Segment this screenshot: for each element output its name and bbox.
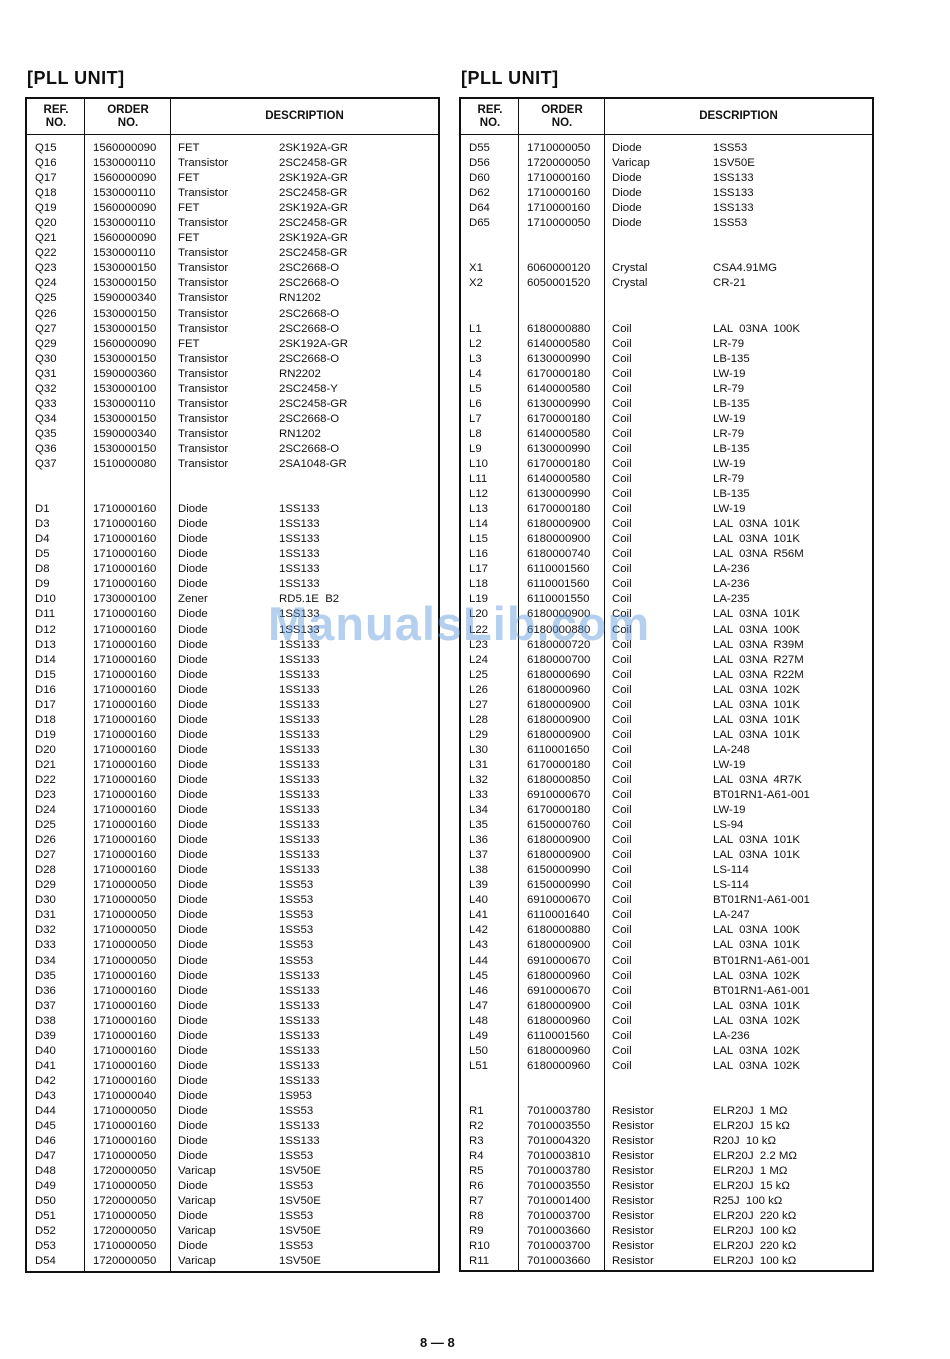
- order-no: 1710000050: [93, 893, 156, 908]
- part-type: Coil: [612, 472, 632, 487]
- order-no: 6130000990: [527, 442, 590, 457]
- order-no: 6180000900: [527, 713, 590, 728]
- table-row: R97010003660ResistorELR20J 100 kΩ: [461, 1224, 872, 1239]
- ref-no: D55: [469, 141, 490, 156]
- table-row: Q321530000100Transistor2SC2458-Y: [27, 382, 438, 397]
- order-no: 6180000960: [527, 969, 590, 984]
- order-no: 1530000110: [93, 156, 156, 171]
- table-row: D531710000050Diode1SS53: [27, 1239, 438, 1254]
- order-no: 6910000670: [527, 893, 590, 908]
- table-row: D171710000160Diode1SS133: [27, 698, 438, 713]
- table-row: R17010003780ResistorELR20J 1 MΩ: [461, 1104, 872, 1119]
- table-row: D341710000050Diode1SS53: [27, 954, 438, 969]
- part-number: 1SS53: [279, 923, 313, 938]
- ref-no: L33: [469, 788, 488, 803]
- part-number: 2SK192A-GR: [279, 141, 348, 156]
- ref-no: D50: [35, 1194, 56, 1209]
- order-no: 6150000760: [527, 818, 590, 833]
- part-type: Crystal: [612, 261, 647, 276]
- part-type: Coil: [612, 532, 632, 547]
- table-row: L36130000990CoilLB-135: [461, 352, 872, 367]
- part-number: 2SC2458-GR: [279, 186, 347, 201]
- order-no: 1710000040: [93, 1089, 156, 1104]
- ref-no: L9: [469, 442, 482, 457]
- part-type: Diode: [178, 1089, 208, 1104]
- part-type: FET: [178, 201, 200, 216]
- part-type: Coil: [612, 412, 632, 427]
- header-ref-no: REF. NO.: [27, 99, 85, 134]
- part-type: Coil: [612, 668, 632, 683]
- part-number: BT01RN1-A61-001: [713, 788, 810, 803]
- ref-no: L20: [469, 607, 488, 622]
- table-row: D371710000160Diode1SS133: [27, 999, 438, 1014]
- order-no: 6130000990: [527, 397, 590, 412]
- part-type: Coil: [612, 592, 632, 607]
- header-description-text: DESCRIPTION: [699, 110, 778, 123]
- table-row: [461, 1074, 872, 1089]
- part-number: 1SS133: [279, 1044, 320, 1059]
- order-no: 6180000900: [527, 532, 590, 547]
- part-type: Diode: [178, 878, 208, 893]
- ref-no: D26: [35, 833, 56, 848]
- order-no: 6130000990: [527, 352, 590, 367]
- part-number: 1SS133: [279, 577, 320, 592]
- order-no: 6170000180: [527, 457, 590, 472]
- part-type: Crystal: [612, 276, 647, 291]
- ref-no: D36: [35, 984, 56, 999]
- table-row: R67010003550ResistorELR20J 15 kΩ: [461, 1179, 872, 1194]
- left-section-title: [PLL UNIT]: [27, 68, 125, 89]
- order-no: 1720000050: [93, 1224, 156, 1239]
- part-number: 1SS133: [279, 547, 320, 562]
- part-type: Diode: [612, 201, 642, 216]
- part-type: Coil: [612, 1014, 632, 1029]
- part-type: Coil: [612, 397, 632, 412]
- part-number: 2SC2668-O: [279, 442, 339, 457]
- ref-no: D18: [35, 713, 56, 728]
- ref-no: L23: [469, 638, 488, 653]
- part-number: 1SS53: [713, 141, 747, 156]
- part-type: Coil: [612, 923, 632, 938]
- ref-no: R3: [469, 1134, 484, 1149]
- order-no: 1710000050: [93, 1104, 156, 1119]
- part-type: Transistor: [178, 186, 228, 201]
- part-type: Diode: [178, 1149, 208, 1164]
- part-number: 1SS133: [279, 698, 320, 713]
- part-number: 1SS133: [279, 562, 320, 577]
- ref-no: Q23: [35, 261, 57, 276]
- part-number: BT01RN1-A61-001: [713, 984, 810, 999]
- part-type: Diode: [178, 547, 208, 562]
- part-number: 2SC2668-O: [279, 261, 339, 276]
- table-row: D41710000160Diode1SS133: [27, 532, 438, 547]
- part-number: LAL 03NA 100K: [713, 923, 800, 938]
- ref-no: D14: [35, 653, 56, 668]
- table-row: Q311590000360TransistorRN2202: [27, 367, 438, 382]
- order-no: 1710000050: [93, 1149, 156, 1164]
- header-ref-line1: REF.: [44, 104, 69, 117]
- part-number: LAL 03NA 102K: [713, 1014, 800, 1029]
- part-type: Resistor: [612, 1149, 654, 1164]
- ref-no: L43: [469, 938, 488, 953]
- order-no: 1530000110: [93, 186, 156, 201]
- ref-no: D45: [35, 1119, 56, 1134]
- table-row: Q151560000090FET2SK192A-GR: [27, 141, 438, 156]
- part-type: Coil: [612, 969, 632, 984]
- part-type: Diode: [178, 653, 208, 668]
- ref-no: R1: [469, 1104, 484, 1119]
- ref-no: Q26: [35, 307, 57, 322]
- ref-no: L34: [469, 803, 488, 818]
- part-type: Resistor: [612, 1164, 654, 1179]
- part-number: BT01RN1-A61-001: [713, 893, 810, 908]
- table-row: D271710000160Diode1SS133: [27, 848, 438, 863]
- part-number: 1SS133: [713, 201, 754, 216]
- order-no: 1710000160: [93, 818, 156, 833]
- ref-no: L41: [469, 908, 488, 923]
- ref-no: D15: [35, 668, 56, 683]
- table-row: L226180000880CoilLAL 03NA 100K: [461, 623, 872, 638]
- ref-no: D62: [469, 186, 490, 201]
- part-number: 1SS133: [279, 788, 320, 803]
- order-no: 1530000150: [93, 307, 156, 322]
- table-row: X16060000120CrystalCSA4.91MG: [461, 261, 872, 276]
- part-type: Coil: [612, 788, 632, 803]
- header-description: DESCRIPTION: [605, 99, 872, 134]
- part-type: Diode: [178, 698, 208, 713]
- ref-no: L8: [469, 427, 482, 442]
- part-type: Coil: [612, 457, 632, 472]
- ref-no: D40: [35, 1044, 56, 1059]
- ref-no: L29: [469, 728, 488, 743]
- part-type: Diode: [178, 999, 208, 1014]
- part-type: Resistor: [612, 1104, 654, 1119]
- part-type: FET: [178, 231, 200, 246]
- order-no: 6180000880: [527, 623, 590, 638]
- table-row: L356150000760CoilLS-94: [461, 818, 872, 833]
- table-row: L126130000990CoilLB-135: [461, 487, 872, 502]
- ref-no: L51: [469, 1059, 488, 1074]
- part-number: 1SS133: [279, 713, 320, 728]
- ref-no: D47: [35, 1149, 56, 1164]
- ref-no: D51: [35, 1209, 56, 1224]
- order-no: 6150000990: [527, 878, 590, 893]
- part-number: LR-79: [713, 337, 744, 352]
- ref-no: Q20: [35, 216, 57, 231]
- ref-no: D24: [35, 803, 56, 818]
- order-no: 7010001400: [527, 1194, 590, 1209]
- order-no: 6110001560: [527, 577, 590, 592]
- part-number: 1SS53: [713, 216, 747, 231]
- order-no: 6180000850: [527, 773, 590, 788]
- header-order-line1: ORDER: [107, 104, 149, 117]
- table-row: Q231530000150Transistor2SC2668-O: [27, 261, 438, 276]
- table-header: REF. NO. ORDER NO. DESCRIPTION: [27, 99, 438, 135]
- part-number: 1SS133: [279, 803, 320, 818]
- order-no: 1530000110: [93, 397, 156, 412]
- order-no: 6180000880: [527, 322, 590, 337]
- order-no: 7010003660: [527, 1224, 590, 1239]
- order-no: 1530000150: [93, 352, 156, 367]
- part-number: 1SV50E: [279, 1254, 321, 1269]
- part-type: Resistor: [612, 1239, 654, 1254]
- ref-no: L31: [469, 758, 488, 773]
- part-type: Coil: [612, 728, 632, 743]
- ref-no: R6: [469, 1179, 484, 1194]
- ref-no: D3: [35, 517, 50, 532]
- part-number: LAL 03NA 100K: [713, 623, 800, 638]
- part-type: Diode: [178, 562, 208, 577]
- table-row: D111710000160Diode1SS133: [27, 607, 438, 622]
- order-no: 1710000160: [527, 171, 590, 186]
- part-number: 2SC2458-GR: [279, 397, 347, 412]
- part-number: LAL 03NA R56M: [713, 547, 804, 562]
- ref-no: R10: [469, 1239, 490, 1254]
- part-type: Transistor: [178, 276, 228, 291]
- table-row: X26050001520CrystalCR-21: [461, 276, 872, 291]
- part-type: Diode: [178, 1029, 208, 1044]
- ref-no: L49: [469, 1029, 488, 1044]
- table-row: Q301530000150Transistor2SC2668-O: [27, 352, 438, 367]
- part-number: 1SS133: [279, 638, 320, 653]
- part-type: Diode: [178, 713, 208, 728]
- order-no: 1710000160: [93, 502, 156, 517]
- part-number: LAL 03NA 101K: [713, 848, 800, 863]
- part-type: Coil: [612, 517, 632, 532]
- part-type: Transistor: [178, 427, 228, 442]
- ref-no: L17: [469, 562, 488, 577]
- order-no: 1730000100: [93, 592, 156, 607]
- order-no: 6180000900: [527, 848, 590, 863]
- part-type: Diode: [178, 758, 208, 773]
- part-number: 1SS133: [279, 1119, 320, 1134]
- part-type: Diode: [178, 668, 208, 683]
- order-no: 1710000160: [93, 969, 156, 984]
- header-ref-line1: REF.: [478, 104, 503, 117]
- part-type: Diode: [178, 607, 208, 622]
- ref-no: L26: [469, 683, 488, 698]
- part-type: Varicap: [612, 156, 650, 171]
- part-type: Transistor: [178, 367, 228, 382]
- part-number: 1SS133: [279, 683, 320, 698]
- table-row: L346170000180CoilLW-19: [461, 803, 872, 818]
- order-no: 1560000090: [93, 171, 156, 186]
- part-type: Coil: [612, 938, 632, 953]
- ref-no: Q17: [35, 171, 57, 186]
- part-number: RN2202: [279, 367, 321, 382]
- part-number: 1SS133: [279, 863, 320, 878]
- ref-no: D11: [35, 607, 55, 622]
- ref-no: L7: [469, 412, 482, 427]
- header-ref-line2: NO.: [46, 117, 66, 130]
- part-type: Diode: [178, 517, 208, 532]
- ref-no: L6: [469, 397, 482, 412]
- order-no: 1710000050: [527, 141, 590, 156]
- part-number: R20J 10 kΩ: [713, 1134, 776, 1149]
- part-number: LAL 03NA 101K: [713, 938, 800, 953]
- order-no: 7010003700: [527, 1239, 590, 1254]
- part-type: Coil: [612, 999, 632, 1014]
- ref-no: Q34: [35, 412, 57, 427]
- order-no: 7010003550: [527, 1119, 590, 1134]
- part-number: 1SS133: [279, 758, 320, 773]
- part-number: LS-114: [713, 863, 749, 878]
- table-row: D261710000160Diode1SS133: [27, 833, 438, 848]
- table-row: D381710000160Diode1SS133: [27, 1014, 438, 1029]
- left-parts-table: REF. NO. ORDER NO. DESCRIPTION Q15156000…: [25, 97, 440, 1273]
- table-row: [461, 246, 872, 261]
- table-row: Q171560000090FET2SK192A-GR: [27, 171, 438, 186]
- table-row: L406910000670CoilBT01RN1-A61-001: [461, 893, 872, 908]
- part-type: Coil: [612, 1059, 632, 1074]
- ref-no: D21: [35, 758, 56, 773]
- part-number: LW-19: [713, 412, 746, 427]
- ref-no: D37: [35, 999, 56, 1014]
- part-type: Transistor: [178, 216, 228, 231]
- table-row: L326180000850CoilLAL 03NA 4R7K: [461, 773, 872, 788]
- table-row: D121710000160Diode1SS133: [27, 623, 438, 638]
- ref-no: D65: [469, 216, 490, 231]
- table-row: R37010004320ResistorR20J 10 kΩ: [461, 1134, 872, 1149]
- ref-no: L40: [469, 893, 488, 908]
- ref-no: X2: [469, 276, 483, 291]
- table-row: D241710000160Diode1SS133: [27, 803, 438, 818]
- table-row: Q341530000150Transistor2SC2668-O: [27, 412, 438, 427]
- order-no: 1710000160: [93, 1119, 156, 1134]
- order-no: 6110001640: [527, 908, 590, 923]
- ref-no: D4: [35, 532, 50, 547]
- part-type: Varicap: [178, 1224, 216, 1239]
- part-type: FET: [178, 141, 200, 156]
- table-row: D151710000160Diode1SS133: [27, 668, 438, 683]
- part-type: Transistor: [178, 307, 228, 322]
- table-row: D461710000160Diode1SS133: [27, 1134, 438, 1149]
- part-number: LS-94: [713, 818, 743, 833]
- part-type: Coil: [612, 713, 632, 728]
- ref-no: D60: [469, 171, 490, 186]
- part-type: FET: [178, 337, 200, 352]
- part-type: Coil: [612, 1029, 632, 1044]
- order-no: 1710000050: [93, 878, 156, 893]
- order-no: 1530000150: [93, 276, 156, 291]
- part-type: Diode: [178, 848, 208, 863]
- table-row: L516180000960CoilLAL 03NA 102K: [461, 1059, 872, 1074]
- table-row: L76170000180CoilLW-19: [461, 412, 872, 427]
- table-row: D651710000050Diode1SS53: [461, 216, 872, 231]
- part-number: 2SC2668-O: [279, 276, 339, 291]
- header-ref-line2: NO.: [480, 117, 500, 130]
- ref-no: R9: [469, 1224, 484, 1239]
- part-number: LB-135: [713, 442, 750, 457]
- part-type: Diode: [178, 969, 208, 984]
- table-row: L276180000900CoilLAL 03NA 101K: [461, 698, 872, 713]
- part-type: Diode: [178, 938, 208, 953]
- part-type: Diode: [612, 171, 642, 186]
- table-row: L416110001640CoilLA-247: [461, 908, 872, 923]
- ref-no: D22: [35, 773, 56, 788]
- order-no: 6180000900: [527, 728, 590, 743]
- ref-no: L12: [469, 487, 488, 502]
- part-type: Diode: [178, 1044, 208, 1059]
- order-no: 6170000180: [527, 803, 590, 818]
- order-no: 1710000050: [93, 923, 156, 938]
- part-number: 1SS133: [279, 743, 320, 758]
- order-no: 6180000700: [527, 653, 590, 668]
- part-type: Diode: [178, 502, 208, 517]
- table-row: D51710000160Diode1SS133: [27, 547, 438, 562]
- part-number: LAL 03NA 102K: [713, 1044, 800, 1059]
- part-type: Diode: [178, 683, 208, 698]
- part-type: Coil: [612, 848, 632, 863]
- order-no: 1530000150: [93, 442, 156, 457]
- order-no: 1720000050: [527, 156, 590, 171]
- order-no: 7010003700: [527, 1209, 590, 1224]
- table-row: D541720000050Varicap1SV50E: [27, 1254, 438, 1269]
- part-number: ELR20J 220 kΩ: [713, 1209, 796, 1224]
- order-no: 1710000160: [93, 999, 156, 1014]
- order-no: 6180000690: [527, 668, 590, 683]
- table-row: D141710000160Diode1SS133: [27, 653, 438, 668]
- part-type: Coil: [612, 833, 632, 848]
- ref-no: R11: [469, 1254, 489, 1269]
- part-type: Coil: [612, 758, 632, 773]
- order-no: 1710000160: [93, 1029, 156, 1044]
- order-no: 6130000990: [527, 487, 590, 502]
- table-row: R27010003550ResistorELR20J 15 kΩ: [461, 1119, 872, 1134]
- part-number: LA-247: [713, 908, 750, 923]
- part-number: LAL 03NA R39M: [713, 638, 804, 653]
- table-row: L456180000960CoilLAL 03NA 102K: [461, 969, 872, 984]
- part-number: RN1202: [279, 427, 321, 442]
- part-type: Diode: [178, 638, 208, 653]
- order-no: 6170000180: [527, 412, 590, 427]
- table-row: D621710000160Diode1SS133: [461, 186, 872, 201]
- part-number: 1SS133: [279, 1014, 320, 1029]
- table-row: L156180000900CoilLAL 03NA 101K: [461, 532, 872, 547]
- table-row: Q251590000340TransistorRN1202: [27, 291, 438, 306]
- part-number: 2SC2458-Y: [279, 382, 338, 397]
- order-no: 6910000670: [527, 788, 590, 803]
- part-type: Coil: [612, 863, 632, 878]
- table-row: Q361530000150Transistor2SC2668-O: [27, 442, 438, 457]
- table-row: D501720000050Varicap1SV50E: [27, 1194, 438, 1209]
- part-type: Diode: [178, 863, 208, 878]
- ref-no: Q29: [35, 337, 57, 352]
- part-number: LB-135: [713, 397, 750, 412]
- part-type: Diode: [178, 577, 208, 592]
- order-no: 6170000180: [527, 758, 590, 773]
- order-no: 1710000050: [93, 1239, 156, 1254]
- part-number: 1SS133: [279, 969, 320, 984]
- part-type: FET: [178, 171, 200, 186]
- ref-no: Q22: [35, 246, 57, 261]
- ref-no: D12: [35, 623, 56, 638]
- part-number: ELR20J 1 MΩ: [713, 1104, 787, 1119]
- order-no: 1710000160: [93, 1014, 156, 1029]
- part-type: Transistor: [178, 397, 228, 412]
- ref-no: D30: [35, 893, 56, 908]
- order-no: 1710000050: [93, 1209, 156, 1224]
- order-no: 1710000160: [527, 201, 590, 216]
- part-number: LR-79: [713, 382, 744, 397]
- order-no: 1560000090: [93, 141, 156, 156]
- part-type: Diode: [178, 803, 208, 818]
- table-row: L166180000740CoilLAL 03NA R56M: [461, 547, 872, 562]
- table-row: R57010003780ResistorELR20J 1 MΩ: [461, 1164, 872, 1179]
- part-number: LAL 03NA 101K: [713, 713, 800, 728]
- order-no: 6180000740: [527, 547, 590, 562]
- order-no: 1710000050: [93, 938, 156, 953]
